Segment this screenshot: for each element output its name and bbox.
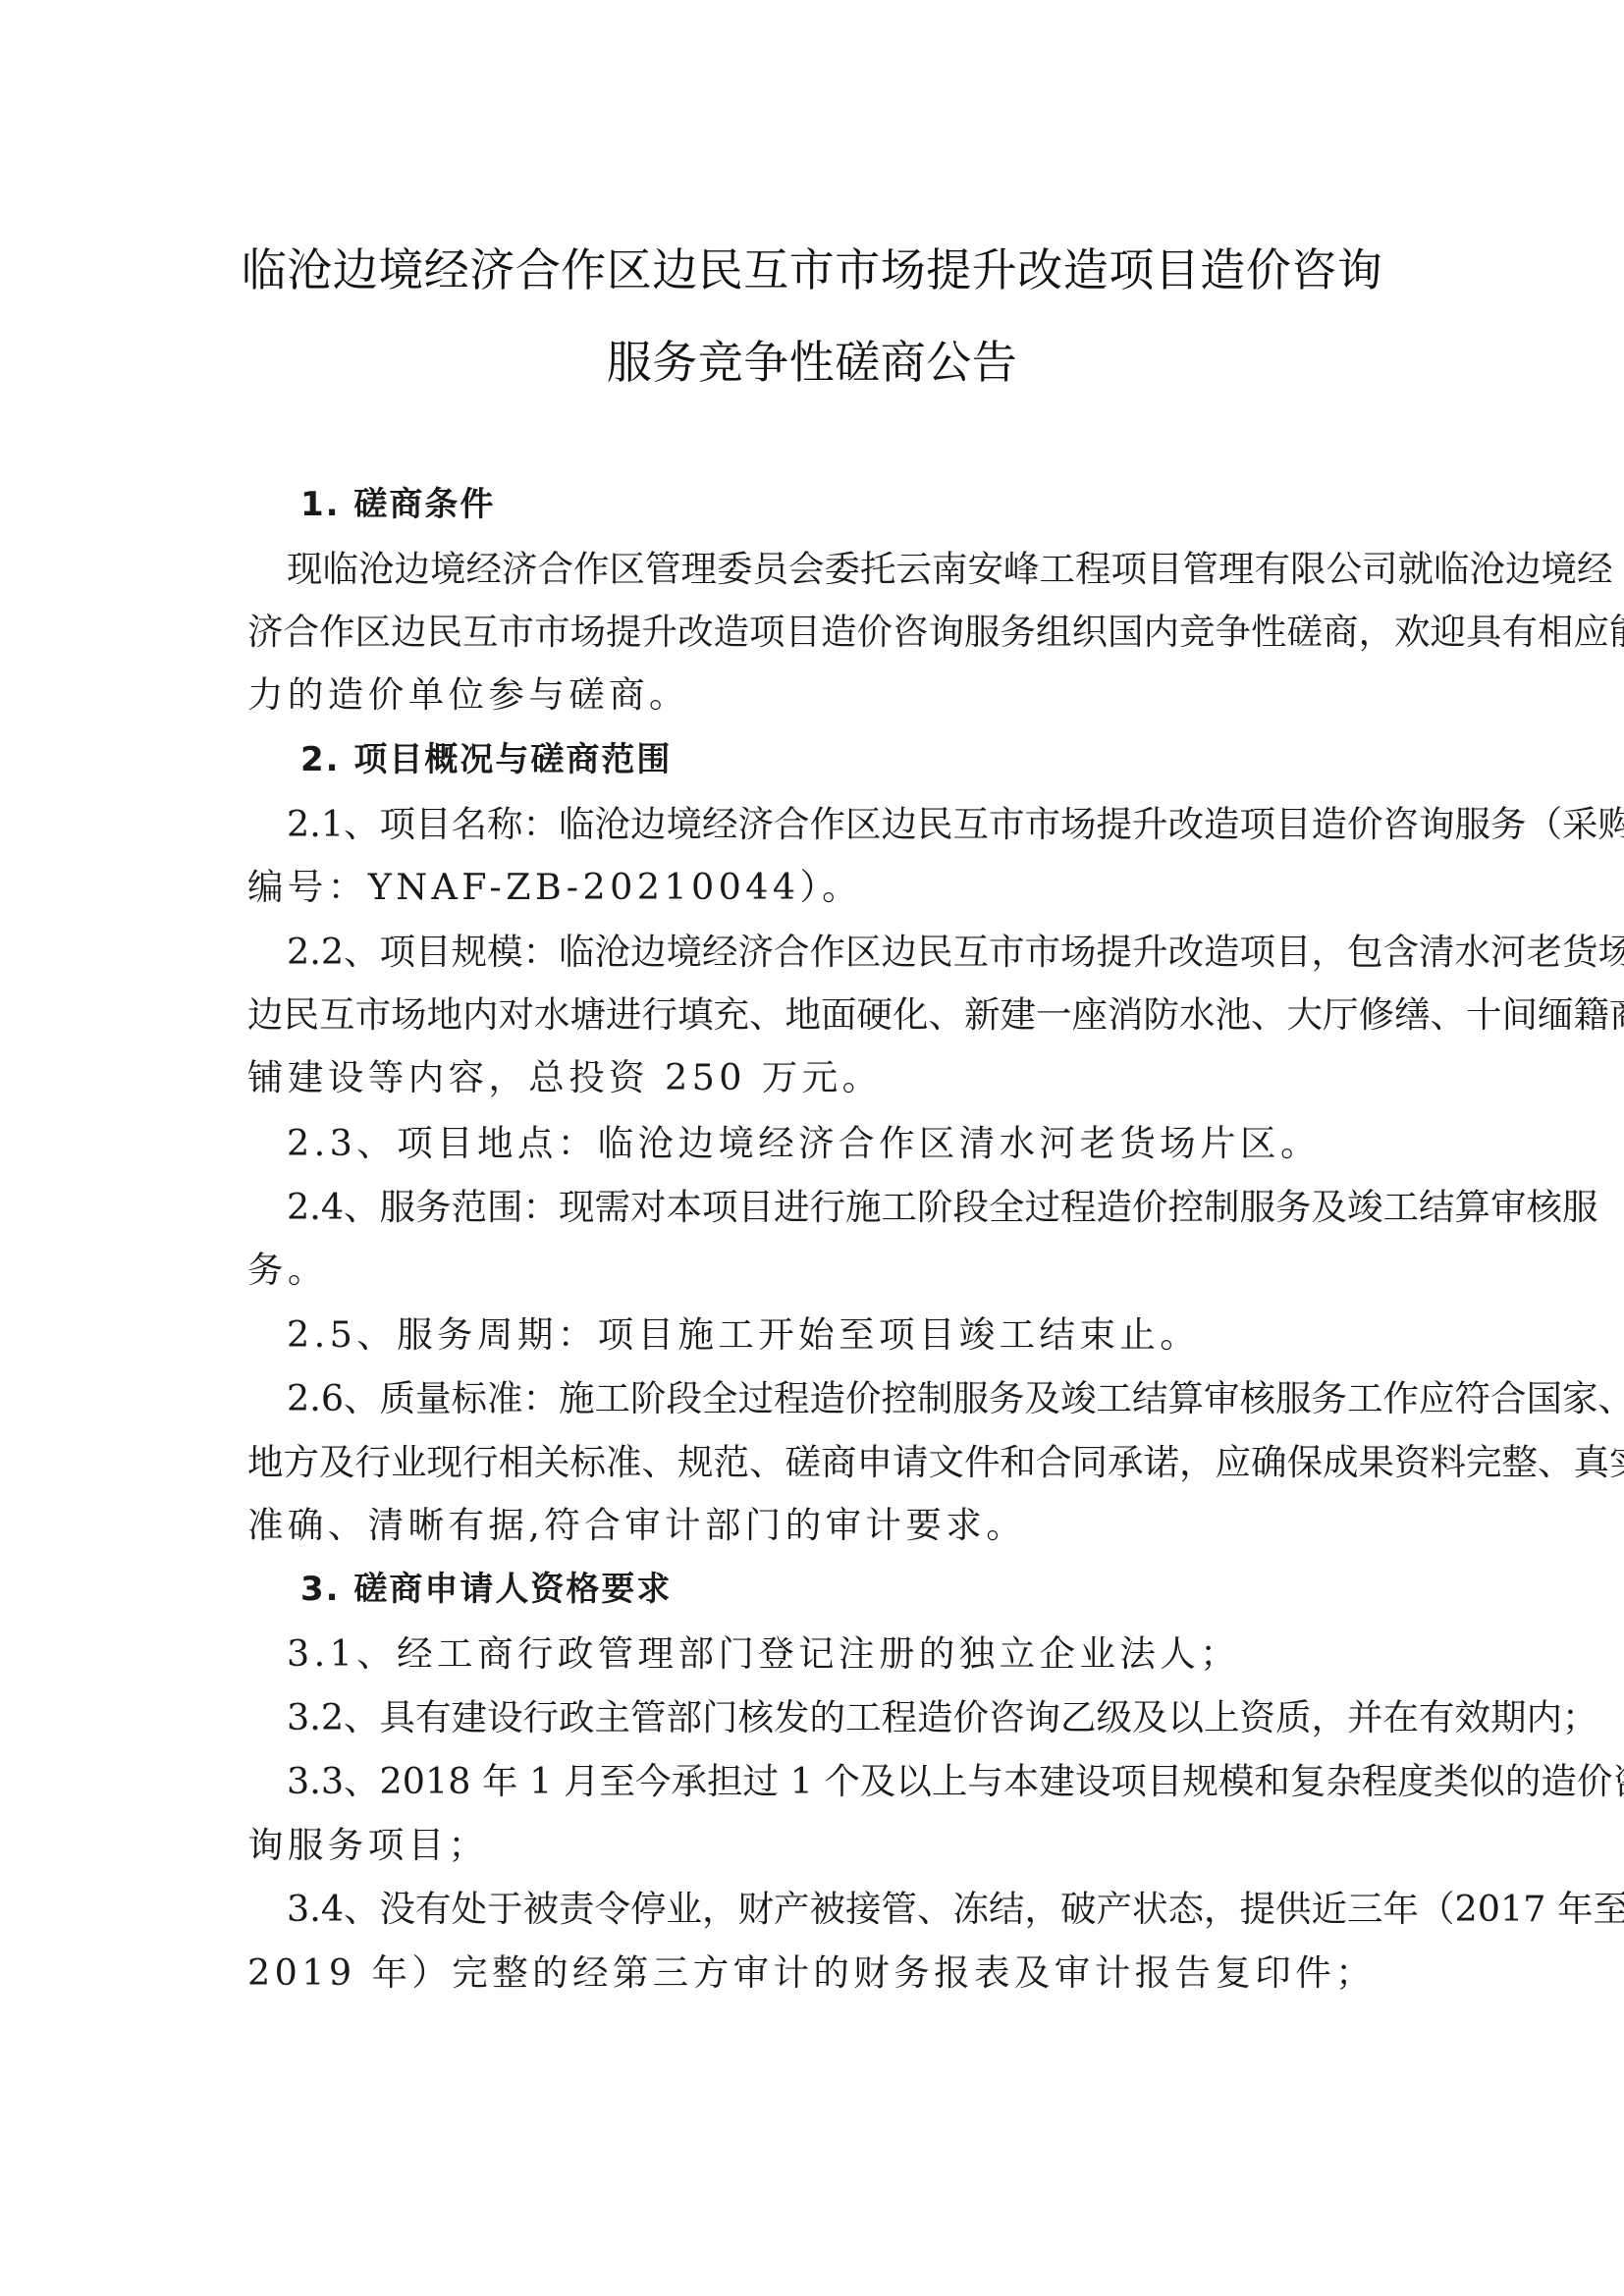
section-heading-3: 3. 磋商申请人资格要求: [300, 1573, 1430, 1606]
item-2-4-line: 务。: [247, 1253, 1377, 1289]
item-2-6-line: 地方及行业现行相关标准、规范、磋商申请文件和合同承诺，应确保成果资料完整、真实: [247, 1445, 1377, 1481]
item-3-3-line: 询服务项目；: [247, 1828, 1377, 1864]
item-2-2-line: 2.2、项目规模：临沧边境经济合作区边民互市市场提升改造项目，包含清水河老货场: [287, 934, 1377, 971]
item-3-2-line: 3.2、具有建设行政主管部门核发的工程造价咨询乙级及以上资质，并在有效期内；: [287, 1700, 1372, 1736]
paragraph-line: 济合作区边民互市市场提升改造项目造价咨询服务组织国内竞争性磋商，欢迎具有相应能: [247, 614, 1377, 651]
section-heading-2: 2. 项目概况与磋商范围: [300, 743, 1430, 776]
item-2-1-line: 2.1、项目名称：临沧边境经济合作区边民互市市场提升改造项目造价咨询服务（采购: [287, 807, 1377, 843]
item-2-2-line: 边民互市场地内对水塘进行填充、地面硬化、新建一座消防水池、大厅修缮、十间缅籍商: [247, 997, 1377, 1034]
item-2-1-line: 编号：YNAF-ZB-20210044）。: [247, 870, 1377, 906]
document-page: 临沧边境经济合作区边民互市市场提升改造项目造价咨询 服务竞争性磋商公告 1. 磋…: [0, 0, 1624, 2296]
item-2-3-line: 2.3、项目地点：临沧边境经济合作区清水河老货场片区。: [287, 1126, 1416, 1162]
item-2-6-line: 准确、清晰有据,符合审计部门的审计要求。: [247, 1508, 1377, 1544]
item-3-4-line: 2019 年）完整的经第三方审计的财务报表及审计报告复印件；: [247, 1955, 1377, 1992]
paragraph-line: 力的造价单位参与磋商。: [247, 677, 1377, 714]
document-title-line-1: 临沧边境经济合作区边民互市市场提升改造项目造价咨询: [0, 247, 1624, 293]
item-2-6-line: 2.6、质量标准：施工阶段全过程造价控制服务及竣工结算审核服务工作应符合国家、: [287, 1381, 1377, 1417]
item-3-3-line: 3.3、2018 年 1 月至今承担过 1 个及以上与本建设项目规模和复杂程度类…: [287, 1764, 1372, 1800]
section-heading-1: 1. 磋商条件: [300, 488, 1430, 521]
item-2-2-line: 铺建设等内容，总投资 250 万元。: [247, 1060, 1377, 1096]
item-2-5-line: 2.5、服务周期：项目施工开始至项目竣工结束止。: [287, 1317, 1416, 1354]
paragraph-line: 现临沧边境经济合作区管理委员会委托云南安峰工程项目管理有限公司就临沧边境经: [287, 552, 1377, 588]
item-3-4-line: 3.4、没有处于被责令停业，财产被接管、冻结，破产状态，提供近三年（2017 年…: [287, 1892, 1372, 1928]
item-3-1-line: 3.1、经工商行政管理部门登记注册的独立企业法人；: [287, 1636, 1416, 1673]
item-2-4-line: 2.4、服务范围：现需对本项目进行施工阶段全过程造价控制服务及竣工结算审核服: [287, 1190, 1367, 1226]
document-title-line-2: 服务竞争性磋商公告: [0, 340, 1624, 385]
